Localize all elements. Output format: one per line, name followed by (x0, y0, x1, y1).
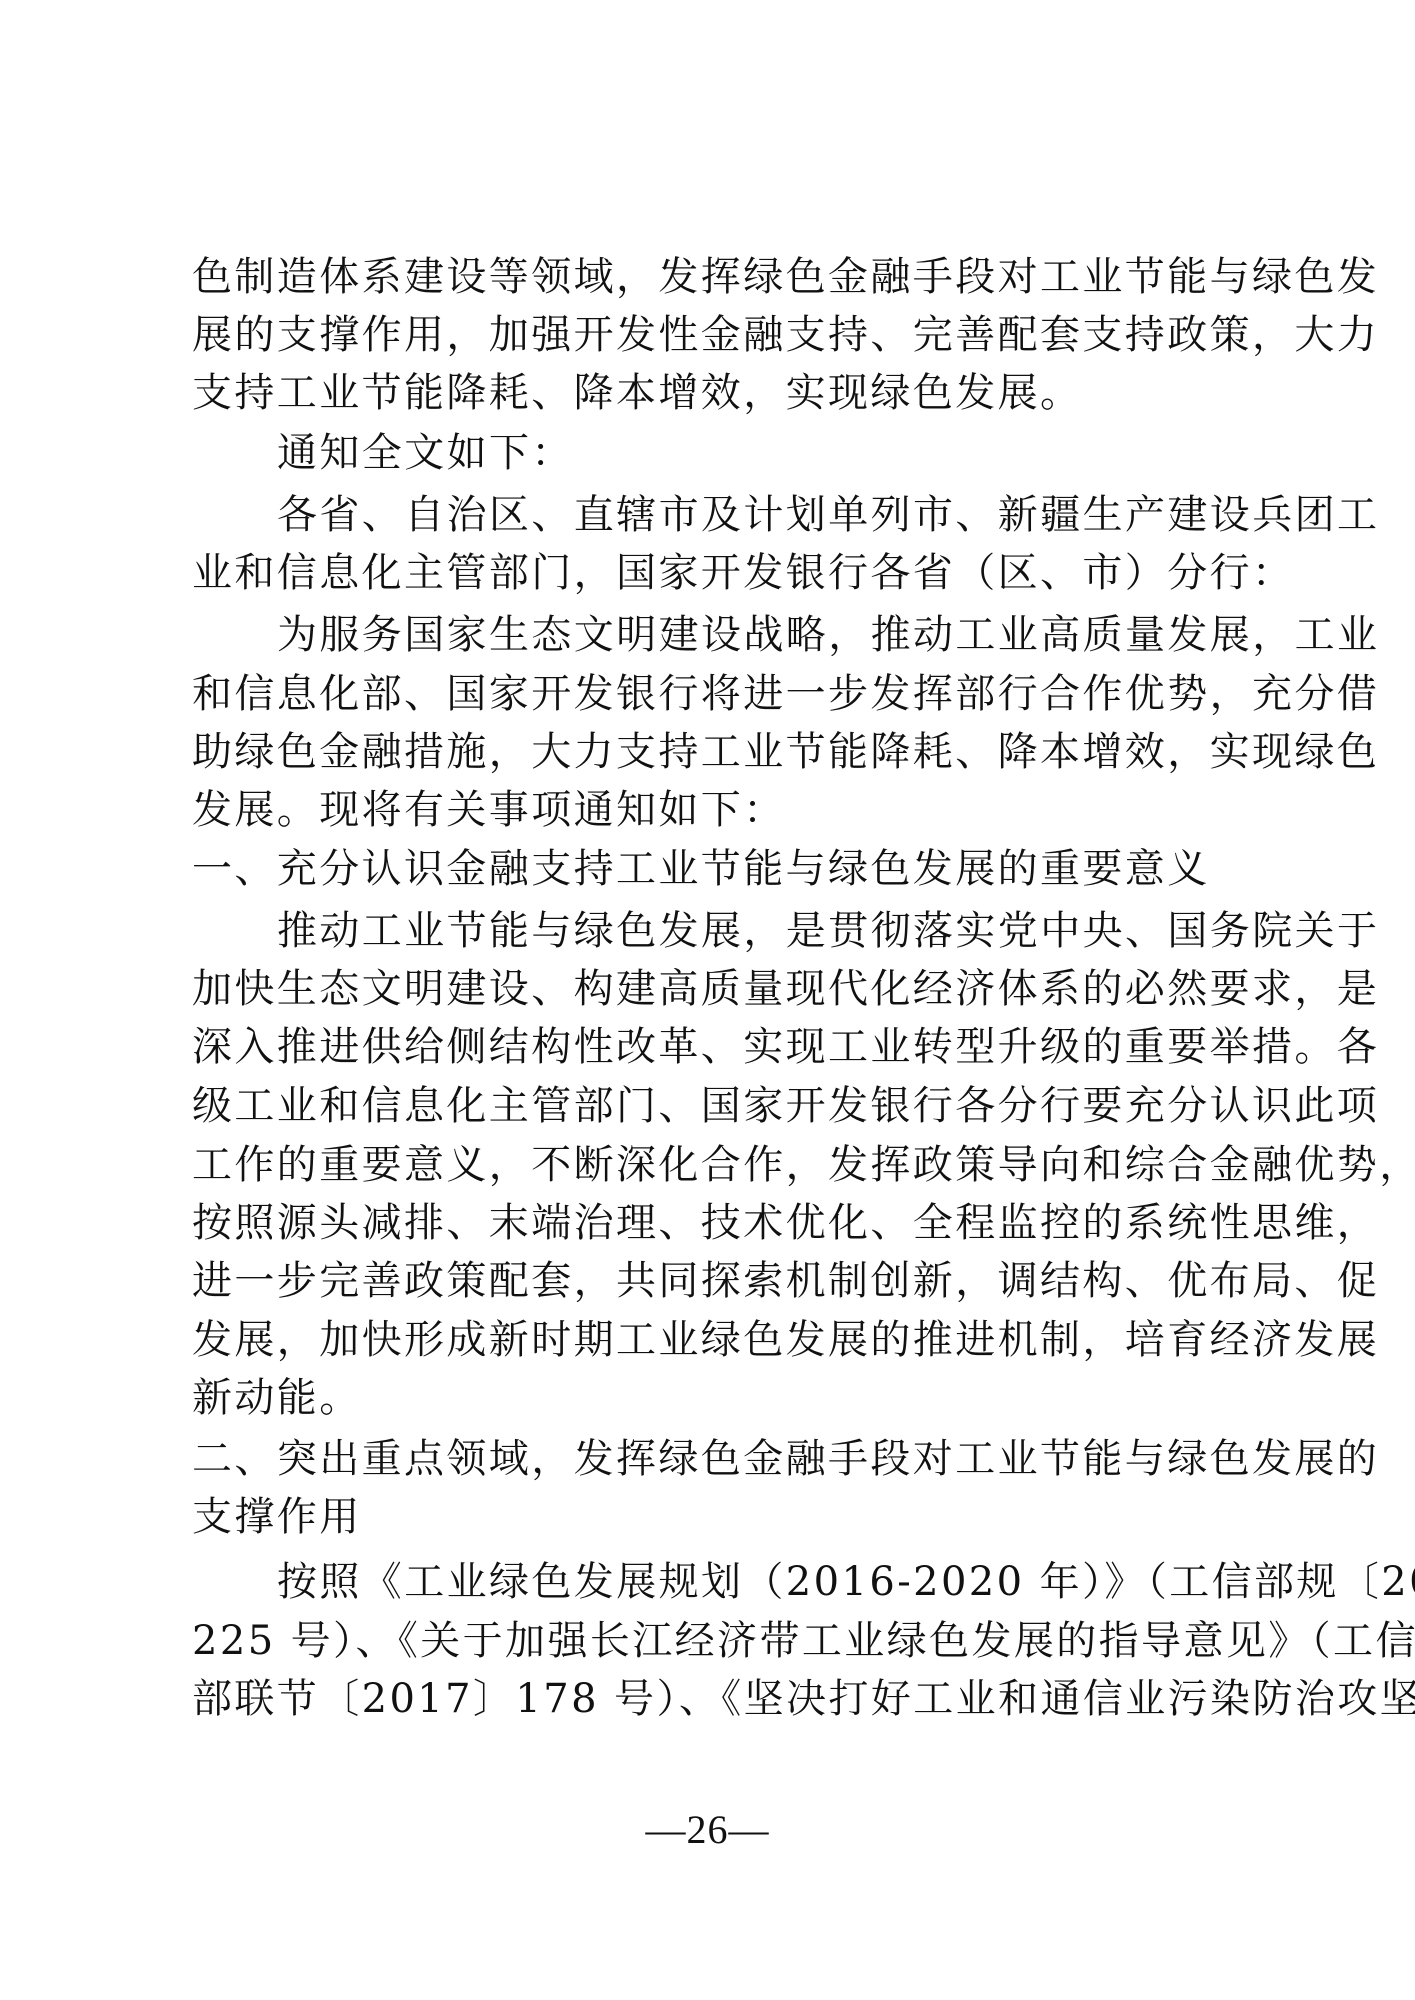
text-line: 业和信息化主管部门，国家开发银行各省（区、市）分行： (192, 548, 1182, 598)
text-line: 225 号）、《关于加强长江经济带工业绿色发展的指导意见》（工信 (192, 1616, 1182, 1666)
text-line: 发展。现将有关事项通知如下： (192, 785, 1182, 835)
text-line: 二、突出重点领域，发挥绿色金融手段对工业节能与绿色发展的 (192, 1434, 1182, 1484)
text-line: 工作的重要意义，不断深化合作，发挥政策导向和综合金融优势， (192, 1140, 1182, 1190)
text-line: 一、充分认识金融支持工业节能与绿色发展的重要意义 (192, 844, 1182, 894)
text-line: 加快生态文明建设、构建高质量现代化经济体系的必然要求，是 (192, 964, 1182, 1014)
text-line: 部联节〔2017〕178 号）、《坚决打好工业和通信业污染防治攻坚战 (192, 1674, 1182, 1724)
text-line: 为服务国家生态文明建设战略，推动工业高质量发展，工业 (277, 610, 1182, 660)
text-line: 新动能。 (192, 1373, 1182, 1423)
text-line: 按照源头减排、末端治理、技术优化、全程监控的系统性思维， (192, 1198, 1182, 1248)
text-line: 和信息化部、国家开发银行将进一步发挥部行合作优势，充分借 (192, 669, 1182, 719)
text-line: 发展，加快形成新时期工业绿色发展的推进机制，培育经济发展 (192, 1315, 1182, 1365)
text-line: 色制造体系建设等领域，发挥绿色金融手段对工业节能与绿色发 (192, 252, 1182, 302)
text-line: 支持工业节能降耗、降本增效，实现绿色发展。 (192, 368, 1182, 418)
text-line: 通知全文如下： (277, 428, 1182, 478)
text-line: 级工业和信息化主管部门、国家开发银行各分行要充分认识此项 (192, 1081, 1182, 1131)
text-line: 进一步完善政策配套，共同探索机制创新，调结构、优布局、促 (192, 1256, 1182, 1306)
text-line: 按照《工业绿色发展规划（2016-2020 年）》（工信部规〔2016〕 (277, 1557, 1182, 1607)
text-line: 深入推进供给侧结构性改革、实现工业转型升级的重要举措。各 (192, 1022, 1182, 1072)
text-line: 推动工业节能与绿色发展，是贯彻落实党中央、国务院关于 (277, 906, 1182, 956)
text-line: 各省、自治区、直辖市及计划单列市、新疆生产建设兵团工 (277, 490, 1182, 540)
text-line: 展的支撑作用，加强开发性金融支持、完善配套支持政策，大力 (192, 310, 1182, 360)
document-page: 色制造体系建设等领域，发挥绿色金融手段对工业节能与绿色发展的支撑作用，加强开发性… (0, 0, 1415, 2000)
text-line: 助绿色金融措施，大力支持工业节能降耗、降本增效，实现绿色 (192, 727, 1182, 777)
text-line: 支撑作用 (192, 1492, 1182, 1542)
page-number: —26— (0, 1808, 1415, 1852)
